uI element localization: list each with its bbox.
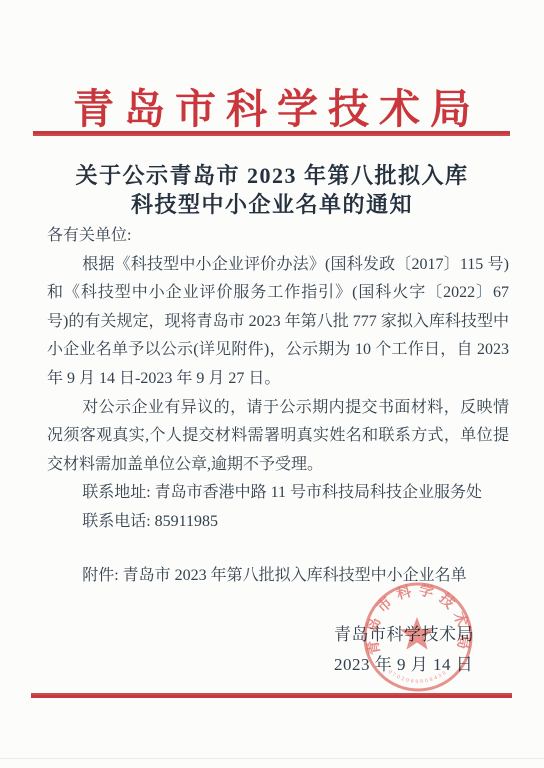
- body-paragraph-2: 对公示企业有异议的，请于公示期内提交书面材料，反映情况须客观真实,个人提交材料需…: [47, 394, 509, 480]
- footer-divider-rule: [31, 693, 512, 698]
- scan-edge-artifact: [0, 758, 544, 759]
- signature-date: 2023 年 9 月 14 日: [334, 650, 474, 680]
- agency-letterhead-title: 青岛市科学技术局: [0, 76, 544, 135]
- document-title-line1: 关于公示青岛市 2023 年第八批拟入库: [0, 161, 544, 190]
- document-title: 关于公示青岛市 2023 年第八批拟入库 科技型中小企业名单的通知: [0, 161, 544, 219]
- body-paragraph-1: 根据《科技型中小企业评价办法》(国科发政〔2017〕115 号)和《科技型中小企…: [47, 251, 509, 394]
- salutation-line: 各有关单位:: [47, 222, 509, 251]
- contact-phone-line: 联系电话: 85911985: [47, 508, 509, 537]
- signer-name: 青岛市科学技术局: [334, 620, 474, 650]
- attachment-reference-line: 附件: 青岛市 2023 年第八批拟入库科技型中小企业名单: [47, 562, 509, 591]
- letterhead-divider-rule: [33, 131, 510, 136]
- signature-block: 青岛市科学技术局 2023 年 9 月 14 日: [334, 620, 474, 680]
- document-title-line2: 科技型中小企业名单的通知: [0, 190, 544, 219]
- contact-address-line: 联系地址: 青岛市香港中路 11 号市科技局科技企业服务处: [47, 479, 509, 508]
- official-notice-page: 青岛市科学技术局 关于公示青岛市 2023 年第八批拟入库 科技型中小企业名单的…: [0, 0, 544, 768]
- document-body: 各有关单位: 根据《科技型中小企业评价办法》(国科发政〔2017〕115 号)和…: [47, 222, 509, 590]
